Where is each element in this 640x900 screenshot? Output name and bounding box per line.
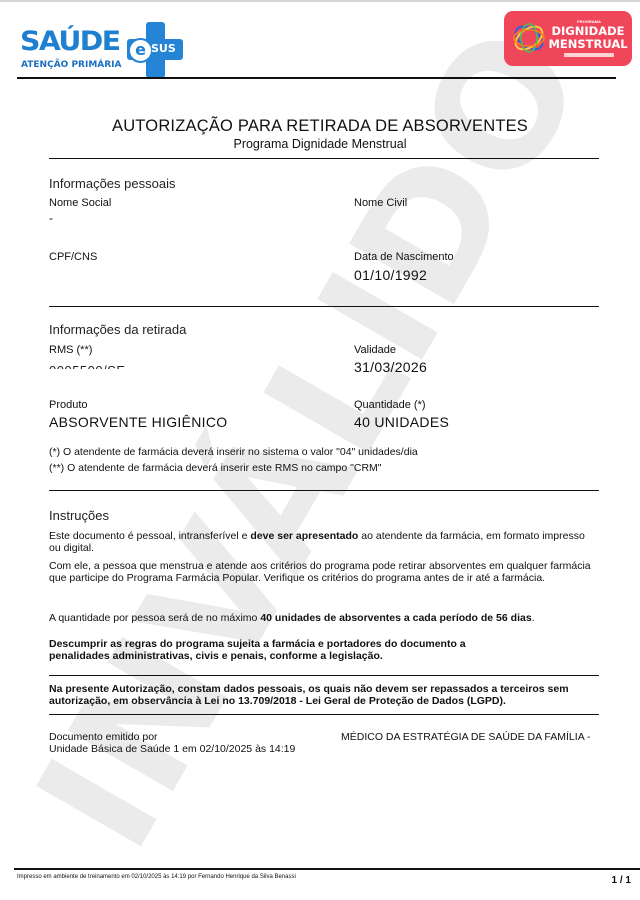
validade-value: 31/03/2026 (354, 359, 427, 375)
saude-esus-logo: SAÚDE ATENÇÃO PRIMÁRIA e SUS (20, 22, 190, 74)
issuer-line-1: Documento emitido por (49, 731, 329, 743)
nome-social-value: - (49, 211, 53, 225)
produto-value: ABSORVENTE HIGIÊNICO (49, 414, 227, 430)
data-nascimento-value: 01/10/1992 (354, 267, 427, 283)
quantidade-label: Quantidade (*) (354, 399, 426, 411)
cpf-cns-label: CPF/CNS (49, 251, 97, 263)
document-page: SAÚDE ATENÇÃO PRIMÁRIA e SUS PROGRAMA DI… (0, 0, 640, 900)
divider (49, 490, 599, 491)
logo-subtitle: ATENÇÃO PRIMÁRIA (21, 60, 121, 70)
divider (49, 306, 599, 307)
print-info: Impresso em ambiente de treinamento em 0… (17, 874, 296, 880)
rms-label: RMS (**) (49, 344, 92, 356)
nome-social-label: Nome Social (49, 197, 111, 209)
interlocked-rings-icon (511, 21, 547, 55)
dm-tagline-bar (564, 53, 614, 57)
footer-divider (14, 868, 640, 870)
note-rms: (**) O atendente de farmácia deverá inse… (49, 462, 382, 474)
data-nascimento-label: Data de Nascimento (354, 251, 454, 263)
header-divider (17, 77, 616, 79)
document-title: AUTORIZAÇÃO PARA RETIRADA DE ABSORVENTES (0, 117, 640, 136)
instruction-paragraph-4: Descumprir as regras do programa sujeita… (49, 638, 519, 662)
section-title-withdrawal: Informações da retirada (49, 322, 186, 337)
divider (49, 714, 599, 715)
produto-label: Produto (49, 399, 88, 411)
section-title-instructions: Instruções (49, 508, 109, 523)
lgpd-notice: Na presente Autorização, constam dados p… (49, 683, 569, 707)
quantidade-value: 40 UNIDADES (354, 414, 449, 430)
nome-civil-label: Nome Civil (354, 197, 407, 209)
issuer-role: MÉDICO DA ESTRATÉGIA DE SAÚDE DA FAMÍLIA… (341, 731, 611, 743)
dm-line2: MENSTRUAL (546, 37, 630, 51)
section-title-personal: Informações pessoais (49, 176, 175, 191)
page-number: 1 / 1 (612, 875, 631, 886)
esus-cross-icon: e SUS (127, 22, 183, 78)
divider (49, 675, 599, 676)
instruction-paragraph-3: A quantidade por pessoa será de no máxim… (49, 612, 594, 624)
validade-label: Validade (354, 344, 396, 356)
sus-label: SUS (151, 42, 176, 55)
e-badge: e (128, 38, 153, 63)
document-subtitle: Programa Dignidade Menstrual (0, 137, 640, 151)
instruction-paragraph-1: Este documento é pessoal, intransferível… (49, 530, 594, 554)
issuer-line-2: Unidade Básica de Saúde 1 em 02/10/2025 … (49, 743, 349, 755)
note-quantity: (*) O atendente de farmácia deverá inser… (49, 446, 418, 458)
instruction-paragraph-2: Com ele, a pessoa que menstrua e atende … (49, 560, 594, 584)
rms-value: 0005500/SE (49, 360, 129, 369)
logo-word: SAÚDE (20, 26, 120, 57)
dm-line1: DIGNIDADE (546, 24, 630, 38)
divider (49, 158, 599, 159)
dignidade-menstrual-logo: PROGRAMA DIGNIDADE MENSTRUAL (504, 11, 632, 66)
